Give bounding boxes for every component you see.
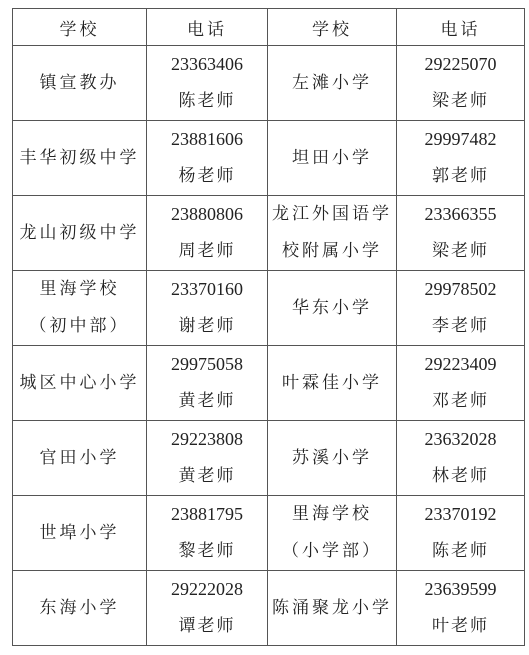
school-name: 坦田小学 — [268, 140, 396, 177]
phone-number: 29978502 — [397, 271, 524, 308]
school-name-cell: 世埠小学 — [13, 496, 147, 571]
school-name: 叶霖佳小学 — [268, 365, 396, 402]
contact-person: 陈老师 — [147, 83, 267, 120]
school-name: 城区中心小学 — [13, 365, 146, 402]
phone-number: 23363406 — [147, 46, 267, 83]
phone-number: 23881606 — [147, 121, 267, 158]
contact-person: 周老师 — [147, 233, 267, 270]
contact-person: 黎老师 — [147, 533, 267, 570]
table-row: 城区中心小学29975058黄老师叶霖佳小学29223409邓老师 — [13, 346, 525, 421]
header-phone-left: 电话 — [147, 9, 268, 46]
phone-number: 23639599 — [397, 571, 524, 608]
phone-contact-cell: 29978502李老师 — [397, 271, 525, 346]
table-row: 丰华初级中学23881606杨老师坦田小学29997482郭老师 — [13, 121, 525, 196]
phone-number: 29997482 — [397, 121, 524, 158]
contact-person: 梁老师 — [397, 83, 524, 120]
phone-contact-cell: 23370192陈老师 — [397, 496, 525, 571]
phone-contact-cell: 23370160谢老师 — [147, 271, 268, 346]
contact-person: 李老师 — [397, 308, 524, 345]
phone-contact-cell: 23880806周老师 — [147, 196, 268, 271]
contact-person: 黄老师 — [147, 383, 267, 420]
school-name: 东海小学 — [13, 590, 146, 627]
school-name-cell: 华东小学 — [268, 271, 397, 346]
contact-person: 谢老师 — [147, 308, 267, 345]
phone-contact-cell: 23363406陈老师 — [147, 46, 268, 121]
school-name: （小学部） — [268, 533, 396, 570]
contact-person: 杨老师 — [147, 158, 267, 195]
school-name: 里海学校 — [13, 271, 146, 308]
contact-person: 梁老师 — [397, 233, 524, 270]
school-name: （初中部） — [13, 308, 146, 345]
phone-contact-cell: 23366355梁老师 — [397, 196, 525, 271]
school-name-cell: 东海小学 — [13, 571, 147, 646]
school-name: 苏溪小学 — [268, 440, 396, 477]
school-name-cell: 官田小学 — [13, 421, 147, 496]
school-name-cell: 龙山初级中学 — [13, 196, 147, 271]
contact-person: 黄老师 — [147, 458, 267, 495]
table-row: 镇宣教办23363406陈老师左滩小学29225070梁老师 — [13, 46, 525, 121]
phone-number: 23370192 — [397, 496, 524, 533]
school-name-cell: 陈涌聚龙小学 — [268, 571, 397, 646]
contact-person: 叶老师 — [397, 608, 524, 645]
phone-number: 23370160 — [147, 271, 267, 308]
contact-person: 林老师 — [397, 458, 524, 495]
contact-person: 陈老师 — [397, 533, 524, 570]
school-name-cell: 城区中心小学 — [13, 346, 147, 421]
school-name-cell: 叶霖佳小学 — [268, 346, 397, 421]
contact-person: 郭老师 — [397, 158, 524, 195]
phone-contact-cell: 29223409邓老师 — [397, 346, 525, 421]
school-name: 华东小学 — [268, 290, 396, 327]
phone-contact-cell: 23881795黎老师 — [147, 496, 268, 571]
contact-person: 邓老师 — [397, 383, 524, 420]
school-name: 镇宣教办 — [13, 65, 146, 102]
phone-contact-cell: 23632028林老师 — [397, 421, 525, 496]
table-row: 龙山初级中学23880806周老师龙江外国语学校附属小学23366355梁老师 — [13, 196, 525, 271]
school-name: 左滩小学 — [268, 65, 396, 102]
table-row: 东海小学29222028谭老师陈涌聚龙小学23639599叶老师 — [13, 571, 525, 646]
phone-number: 23881795 — [147, 496, 267, 533]
contact-person: 谭老师 — [147, 608, 267, 645]
school-name-cell: 坦田小学 — [268, 121, 397, 196]
phone-number: 29225070 — [397, 46, 524, 83]
phone-number: 29222028 — [147, 571, 267, 608]
phone-number: 29975058 — [147, 346, 267, 383]
school-contact-table: 学校 电话 学校 电话 镇宣教办23363406陈老师左滩小学29225070梁… — [12, 8, 525, 646]
phone-contact-cell: 23881606杨老师 — [147, 121, 268, 196]
school-name-cell: 丰华初级中学 — [13, 121, 147, 196]
phone-number: 23632028 — [397, 421, 524, 458]
phone-number: 23880806 — [147, 196, 267, 233]
phone-contact-cell: 29997482郭老师 — [397, 121, 525, 196]
header-school-left: 学校 — [13, 9, 147, 46]
header-school-right: 学校 — [268, 9, 397, 46]
table-row: 官田小学29223808黄老师苏溪小学23632028林老师 — [13, 421, 525, 496]
school-name: 世埠小学 — [13, 515, 146, 552]
school-name: 官田小学 — [13, 440, 146, 477]
school-name: 龙山初级中学 — [13, 215, 146, 252]
school-name: 校附属小学 — [268, 233, 396, 270]
school-name: 里海学校 — [268, 496, 396, 533]
school-name-cell: 龙江外国语学校附属小学 — [268, 196, 397, 271]
phone-contact-cell: 29975058黄老师 — [147, 346, 268, 421]
school-name-cell: 左滩小学 — [268, 46, 397, 121]
phone-contact-cell: 29222028谭老师 — [147, 571, 268, 646]
school-name: 龙江外国语学 — [268, 196, 396, 233]
school-name-cell: 里海学校（小学部） — [268, 496, 397, 571]
phone-number: 23366355 — [397, 196, 524, 233]
phone-contact-cell: 23639599叶老师 — [397, 571, 525, 646]
phone-contact-cell: 29225070梁老师 — [397, 46, 525, 121]
school-name: 陈涌聚龙小学 — [268, 590, 396, 627]
table-row: 世埠小学23881795黎老师里海学校（小学部）23370192陈老师 — [13, 496, 525, 571]
phone-contact-cell: 29223808黄老师 — [147, 421, 268, 496]
header-phone-right: 电话 — [397, 9, 525, 46]
school-name-cell: 苏溪小学 — [268, 421, 397, 496]
phone-number: 29223808 — [147, 421, 267, 458]
table-row: 里海学校（初中部）23370160谢老师华东小学29978502李老师 — [13, 271, 525, 346]
school-name-cell: 里海学校（初中部） — [13, 271, 147, 346]
phone-number: 29223409 — [397, 346, 524, 383]
school-name-cell: 镇宣教办 — [13, 46, 147, 121]
school-name: 丰华初级中学 — [13, 140, 146, 177]
table-header-row: 学校 电话 学校 电话 — [13, 9, 525, 46]
